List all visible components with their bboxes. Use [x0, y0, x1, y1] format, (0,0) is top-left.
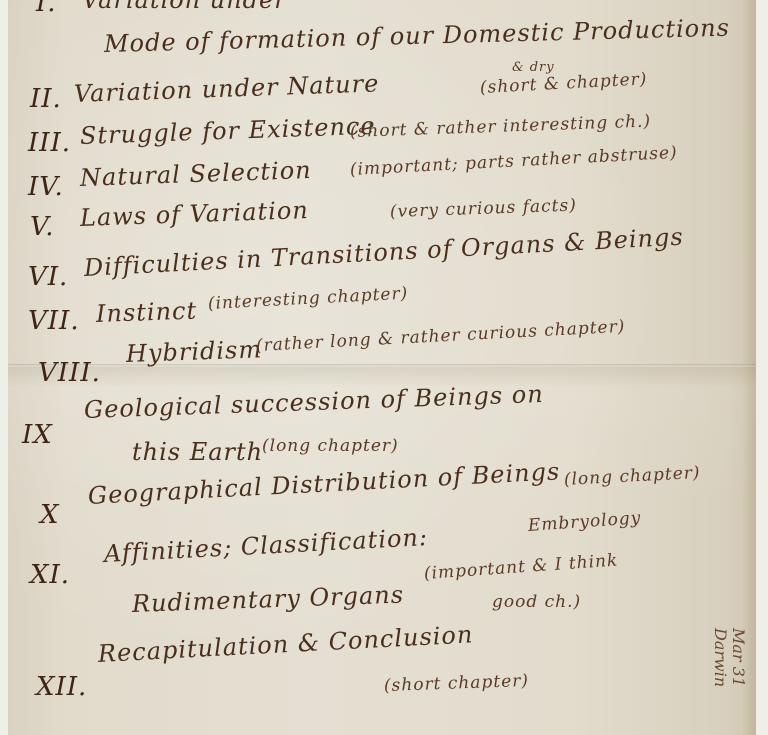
- numeral-vii: VII.: [28, 306, 80, 336]
- numeral-vi: VI.: [28, 262, 68, 292]
- line-superscript: & dry: [512, 60, 555, 75]
- numeral-ix: IX: [22, 420, 53, 450]
- line-text: Variation under: [82, 0, 287, 14]
- numeral-i: I.: [36, 0, 57, 18]
- numeral-x: X: [40, 500, 60, 530]
- numeral-ii: II.: [30, 84, 62, 114]
- margin-signature: Darwin: [711, 628, 730, 687]
- fold-line: [8, 364, 756, 367]
- paper-edge-shadow: [742, 0, 756, 735]
- margin-date: Mar 31: [729, 628, 748, 687]
- numeral-viii: VIII.: [38, 358, 101, 388]
- numeral-xi: XI.: [30, 560, 70, 590]
- numeral-xii: XII.: [36, 672, 87, 702]
- numeral-iv: IV.: [28, 172, 64, 202]
- line-note: (long chapter): [262, 436, 399, 456]
- numeral-v: V.: [30, 212, 55, 242]
- line-text: Hybridism: [126, 335, 263, 368]
- line-text: this Earth: [132, 438, 263, 466]
- numeral-iii: III.: [28, 128, 71, 158]
- line-text: Instinct: [96, 296, 198, 328]
- line-note: good ch.): [492, 592, 581, 612]
